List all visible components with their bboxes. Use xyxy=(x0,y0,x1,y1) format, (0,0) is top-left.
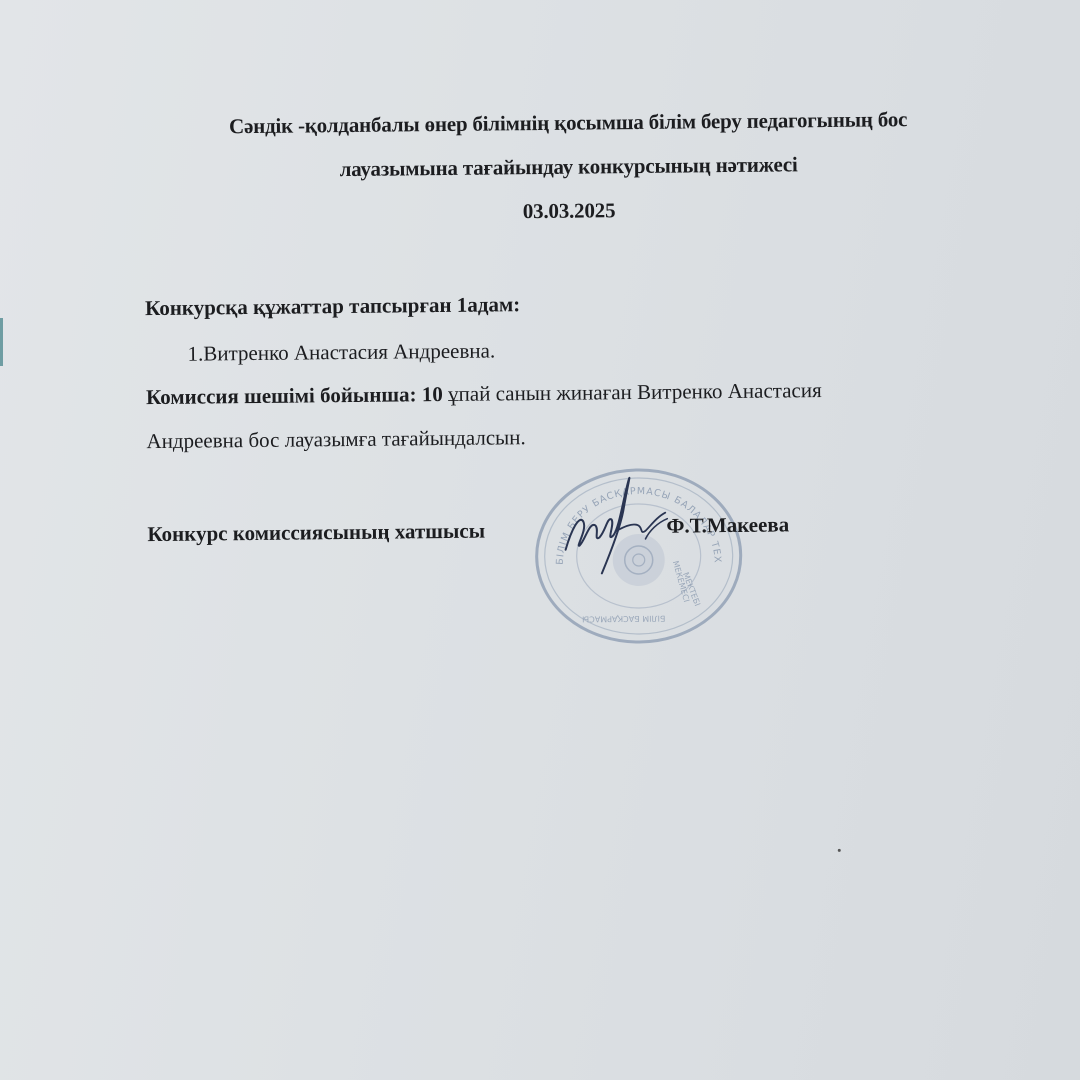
signature-role: Конкурс комиссиясының хатшысы xyxy=(147,519,485,548)
document-title-line-1: Сәндік -қолданбалы өнер білімнің қосымша… xyxy=(138,106,998,140)
applicants-heading: Конкурсқа құжаттар тапсырған 1адам: xyxy=(145,292,520,321)
paper-speck xyxy=(838,849,841,852)
decision-label: Комиссия шешімі бойынша: 10 xyxy=(146,382,443,409)
decision-line-2: Андреевна бос лауазымға тағайындалсын. xyxy=(146,425,526,454)
signatory-name: Ф.Т.Макеева xyxy=(666,512,789,538)
signature-icon xyxy=(557,469,678,580)
document-title-line-2: лауазымына тағайындау конкурсының нәтиже… xyxy=(139,150,999,184)
applicant-list-item: 1.Витренко Анастасия Андреевна. xyxy=(187,338,495,366)
decision-text: ұпай санын жинаған Витренко Анастасия xyxy=(443,378,822,406)
document: Сәндік -қолданбалы өнер білімнің қосымша… xyxy=(0,0,1080,1080)
svg-text:БІЛІМ БАСҚАРМАСЫ: БІЛІМ БАСҚАРМАСЫ xyxy=(582,614,665,624)
document-date: 03.03.2025 xyxy=(139,194,999,228)
decision-line-1: Комиссия шешімі бойынша: 10 ұпай санын ж… xyxy=(146,378,822,410)
